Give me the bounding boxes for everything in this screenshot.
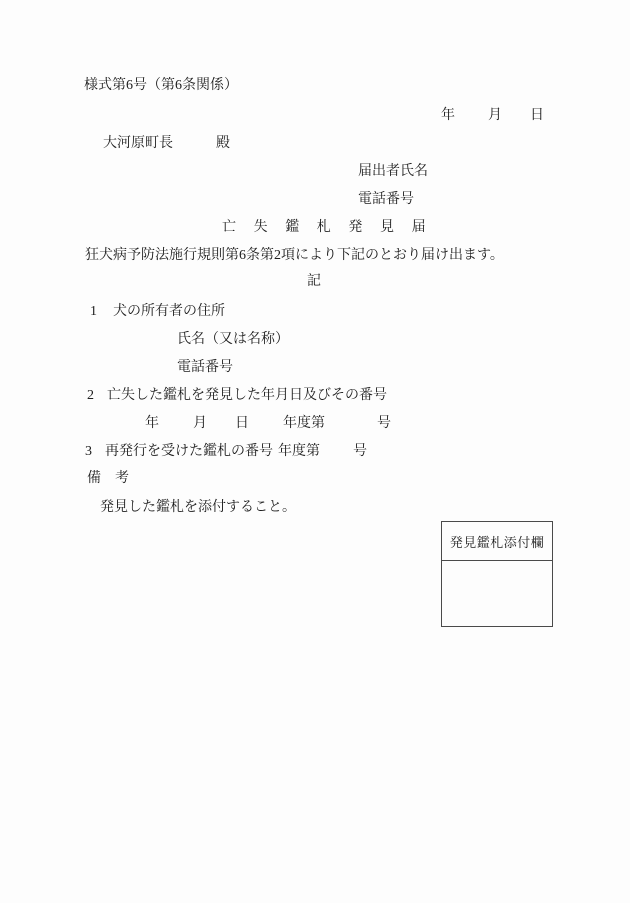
- attachment-box: 発見鑑札添付欄: [441, 521, 553, 627]
- item-2-go-label: 号: [377, 415, 391, 433]
- attachment-box-label: 発見鑑札添付欄: [450, 532, 545, 551]
- item-2-nendo-label: 年度第: [283, 415, 325, 433]
- header-date-line: 年 月 日: [0, 107, 630, 125]
- form-page: 様式第6号（第6条関係） 年 月 日 大河原町長 殿 届出者氏名 電話番号 亡 …: [0, 0, 630, 903]
- item-2-line: 2 亡失した鑑札を発見した年月日及びその番号: [0, 387, 630, 405]
- remarks-note: 発見した鑑札を添付すること。: [100, 499, 296, 517]
- form-number: 様式第6号（第6条関係）: [84, 77, 238, 95]
- record-heading: 記: [307, 273, 321, 291]
- reporter-phone-label: 電話番号: [358, 191, 414, 209]
- addressee-title: 大河原町長: [103, 135, 173, 153]
- form-title: 亡 失 鑑 札 発 見 届: [222, 219, 427, 237]
- attachment-box-empty-area: [442, 561, 552, 627]
- item-3-label: 再発行を受けた鑑札の番号: [105, 443, 273, 461]
- item-2-month-label: 月: [193, 415, 207, 433]
- item-1-label: 犬の所有者の住所: [113, 303, 225, 321]
- item-2-date-line: 年 月 日 年度第 号: [0, 415, 630, 433]
- item-1-name-label: 氏名（又は名称）: [177, 331, 289, 349]
- item-2-day-label: 日: [235, 415, 249, 433]
- header-date-year-label: 年: [441, 107, 455, 125]
- reporter-name-label: 届出者氏名: [358, 163, 428, 181]
- addressee-honorific: 殿: [216, 135, 230, 153]
- item-1-line: 1 犬の所有者の住所: [0, 303, 630, 321]
- item-2-year-label: 年: [145, 415, 159, 433]
- item-2-label: 亡失した鑑札を発見した年月日及びその番号: [107, 387, 387, 405]
- item-2-number: 2: [87, 387, 94, 405]
- header-date-day-label: 日: [530, 107, 544, 125]
- item-1-number: 1: [90, 303, 97, 321]
- addressee-line: 大河原町長 殿: [0, 135, 630, 153]
- remarks-label: 備 考: [87, 470, 129, 488]
- item-3-number: 3: [85, 443, 92, 461]
- attachment-box-header: 発見鑑札添付欄: [442, 522, 552, 561]
- item-3-nendo-label: 年度第: [278, 443, 320, 461]
- intro-sentence: 狂犬病予防法施行規則第6条第2項により下記のとおり届け出ます。: [85, 247, 504, 265]
- item-1-phone-label: 電話番号: [177, 359, 233, 377]
- item-3-go-label: 号: [353, 443, 367, 461]
- header-date-month-label: 月: [488, 107, 502, 125]
- item-3-line: 3 再発行を受けた鑑札の番号 年度第 号: [0, 443, 630, 461]
